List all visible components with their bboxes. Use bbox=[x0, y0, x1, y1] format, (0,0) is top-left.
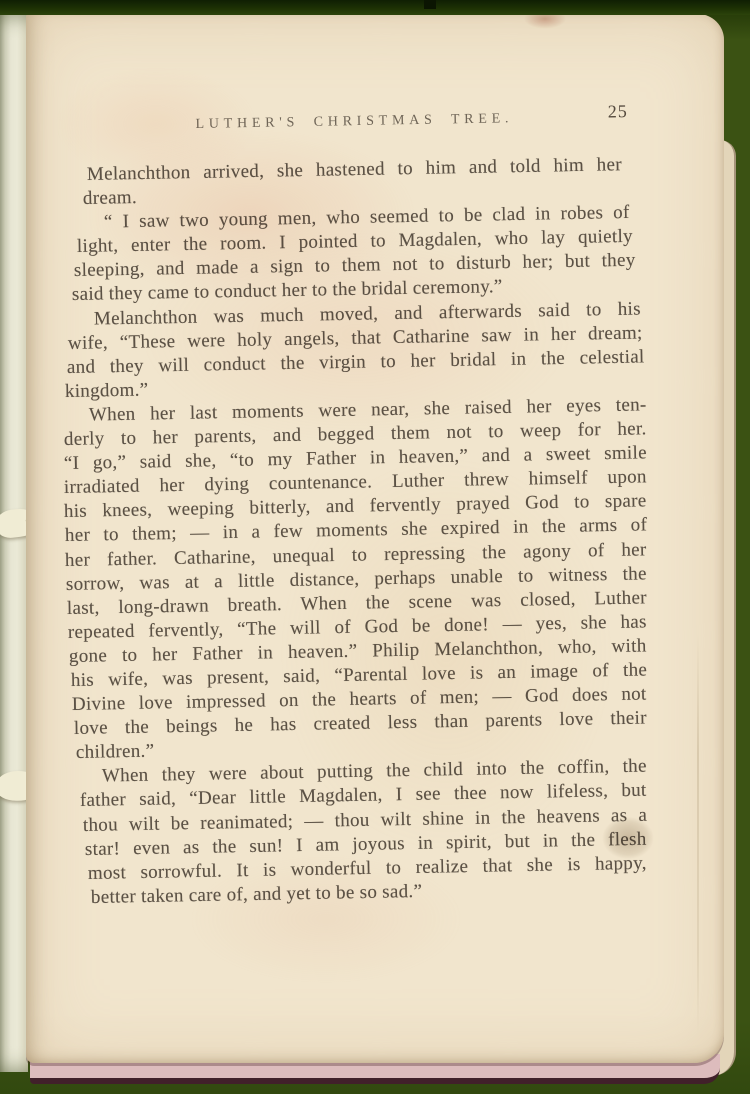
book-page: LUTHER'S CHRISTMAS TREE. 25 Melanchthon … bbox=[26, 14, 724, 1063]
previous-page-edge bbox=[0, 14, 28, 1072]
book-photo: LUTHER'S CHRISTMAS TREE. 25 Melanchthon … bbox=[0, 0, 750, 1094]
background-notch bbox=[424, 0, 436, 9]
paragraph: When her last moments were near, she rai… bbox=[26, 404, 724, 765]
page-header: LUTHER'S CHRISTMAS TREE. 25 bbox=[87, 107, 622, 139]
paragraph: Melanchthon was much moved, and afterwar… bbox=[26, 308, 724, 404]
running-title: LUTHER'S CHRISTMAS TREE. bbox=[195, 111, 513, 132]
page-text: Melanchthon arrived, she hastened to him… bbox=[26, 163, 724, 910]
paragraph: “ I saw two young men, who seemed to be … bbox=[26, 211, 724, 307]
page-number: 25 bbox=[608, 101, 628, 122]
paragraph: When they were about putting the child i… bbox=[26, 765, 724, 910]
background-top-band bbox=[0, 0, 750, 15]
